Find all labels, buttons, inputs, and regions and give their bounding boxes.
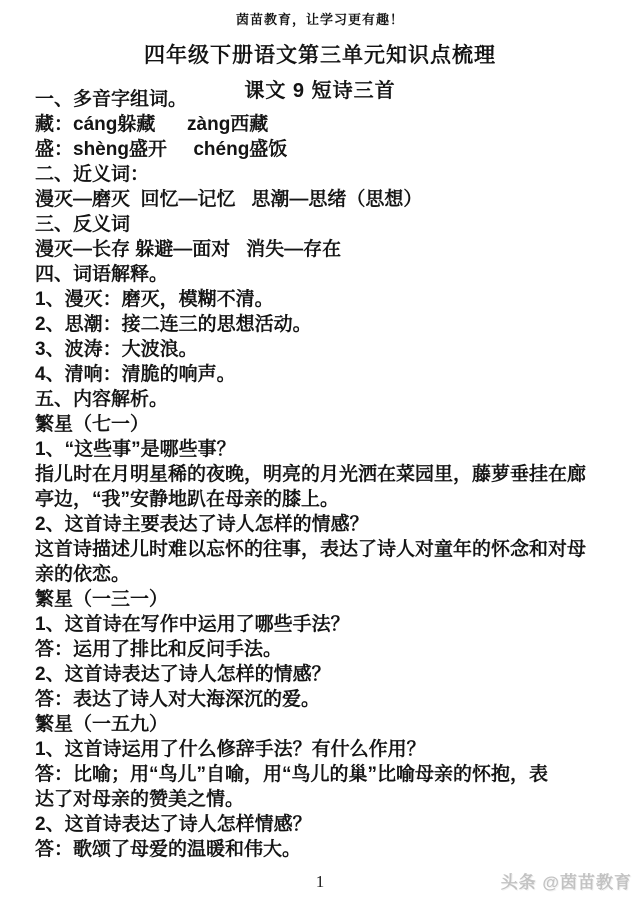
text-line: 1、“这些事”是哪些事？ xyxy=(35,437,612,462)
text-line: 漫灭—长存 躲避—面对 消失—存在 xyxy=(35,237,612,262)
text-line: 2、这首诗主要表达了诗人怎样的情感？ xyxy=(35,512,612,537)
document-title: 四年级下册语文第三单元知识点梳理 xyxy=(0,39,640,69)
text-line: 4、清响：清脆的响声。 xyxy=(35,362,612,387)
text-line: 三、反义词 xyxy=(35,212,612,237)
text-line: 指儿时在月明星稀的夜晚，明亮的月光洒在菜园里，藤萝垂挂在廊 xyxy=(35,462,612,487)
document-body: 一、多音字组词。 藏：cáng躲藏 zàng西藏 盛：shèng盛开 chéng… xyxy=(35,87,612,862)
document-page: 茵苗教育，让学习更有趣！ 四年级下册语文第三单元知识点梳理 课文 9 短诗三首 … xyxy=(0,0,640,905)
text-line: 盛：shèng盛开 chéng盛饭 xyxy=(35,137,612,162)
text-line: 3、波涛：大波浪。 xyxy=(35,337,612,362)
text-line: 一、多音字组词。 xyxy=(35,87,612,112)
text-line: 四、词语解释。 xyxy=(35,262,612,287)
text-line: 达了对母亲的赞美之情。 xyxy=(35,787,612,812)
text-line: 答：表达了诗人对大海深沉的爱。 xyxy=(35,687,612,712)
text-line: 1、这首诗在写作中运用了哪些手法？ xyxy=(35,612,612,637)
text-line: 二、近义词： xyxy=(35,162,612,187)
watermark: 头条 @茵苗教育 xyxy=(501,868,632,893)
text-line: 1、漫灭：磨灭，模糊不清。 xyxy=(35,287,612,312)
text-line: 繁星（一五九） xyxy=(35,712,612,737)
text-line: 答：比喻；用“鸟儿”自喻，用“鸟儿的巢”比喻母亲的怀抱，表 xyxy=(35,762,612,787)
text-line: 答：运用了排比和反问手法。 xyxy=(35,637,612,662)
text-line: 亲的依恋。 xyxy=(35,562,612,587)
text-line: 这首诗描述儿时难以忘怀的往事，表达了诗人对童年的怀念和对母 xyxy=(35,537,612,562)
text-line: 五、内容解析。 xyxy=(35,387,612,412)
text-line: 1、这首诗运用了什么修辞手法？有什么作用？ xyxy=(35,737,612,762)
text-line: 漫灭—磨灭 回忆—记忆 思潮—思绪（思想） xyxy=(35,187,612,212)
text-line: 繁星（七一） xyxy=(35,412,612,437)
text-line: 2、这首诗表达了诗人怎样的情感？ xyxy=(35,662,612,687)
text-line: 答：歌颂了母爱的温暖和伟大。 xyxy=(35,837,612,862)
text-line: 繁星（一三一） xyxy=(35,587,612,612)
text-line: 藏：cáng躲藏 zàng西藏 xyxy=(35,112,612,137)
text-line: 2、这首诗表达了诗人怎样情感？ xyxy=(35,812,612,837)
text-line: 亭边，“我”安静地趴在母亲的膝上。 xyxy=(35,487,612,512)
brand-slogan: 茵苗教育，让学习更有趣！ xyxy=(0,0,640,28)
text-line: 2、思潮：接二连三的思想活动。 xyxy=(35,312,612,337)
